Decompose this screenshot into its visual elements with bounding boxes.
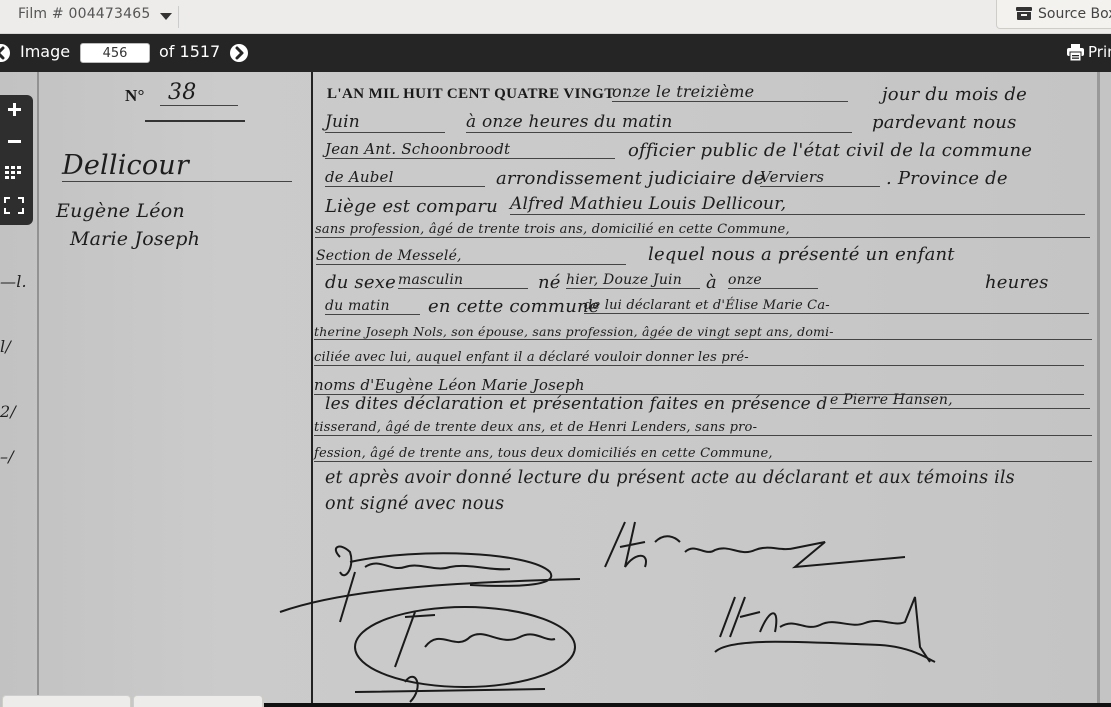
- printed-text: arrondissement judiciaire de: [496, 168, 765, 189]
- signature-schoonbroodt: [700, 577, 950, 677]
- birth-hour-text: onze: [728, 272, 818, 289]
- margin-rule-left: [37, 72, 39, 707]
- grid-icon: [0, 157, 33, 187]
- civil-record-page: —l. l/ 2/ –/ N° 38 Dellicour Eugène Léon…: [0, 72, 1111, 707]
- film-dropdown-caret-icon[interactable]: [160, 13, 172, 20]
- record-number-label: N°: [125, 86, 145, 106]
- declaration-text: ciliée avec lui, auquel enfant il a décl…: [314, 350, 1084, 366]
- month-text: Juin: [325, 112, 445, 133]
- printed-text: né: [538, 272, 561, 293]
- print-label: Print: [1088, 43, 1111, 61]
- printed-text: lequel nous a présenté un enfant: [648, 244, 955, 265]
- witness-residence: fession, âgé de trente ans, tous deux do…: [314, 446, 1092, 462]
- bottom-bar-edge: [264, 703, 1111, 707]
- arrondissement-name: Verviers: [760, 168, 880, 187]
- printed-text: les dites déclaration et présentation fa…: [325, 394, 828, 414]
- zoom-out-button[interactable]: [0, 127, 33, 157]
- sex-text: masculin: [398, 272, 528, 289]
- printed-text: jour du mois de: [882, 84, 1027, 105]
- next-image-button[interactable]: [230, 44, 248, 62]
- image-number-input[interactable]: [80, 43, 150, 63]
- signature-hansen: [345, 597, 605, 707]
- printed-text: ont signé avec nous: [325, 494, 504, 514]
- fullscreen-icon: [0, 191, 33, 221]
- printed-text: et après avoir donné lecture du présent …: [325, 468, 1015, 488]
- mother-details: therine Joseph Nols, son épouse, sans pr…: [314, 324, 1092, 340]
- bottom-panel-tab-2[interactable]: [133, 695, 263, 707]
- plus-icon: [0, 95, 33, 125]
- birth-date-text: hier, Douze Juin: [566, 272, 700, 289]
- print-button[interactable]: Print: [1067, 43, 1111, 61]
- source-box-button[interactable]: Source Box: [996, 0, 1111, 29]
- divider: [145, 120, 245, 122]
- grid-view-button[interactable]: [0, 157, 33, 187]
- prev-page-fragment: 2/: [0, 402, 16, 421]
- parents-text: de lui déclarant et d'Élise Marie Ca-: [584, 298, 1089, 314]
- zoom-controls: [0, 95, 33, 225]
- printed-heading: L'AN MIL HUIT CENT QUATRE VINGT: [327, 86, 615, 103]
- hour-text: à onze heures du matin: [466, 112, 852, 133]
- image-label: Image: [20, 42, 70, 61]
- margin-given-names-2: Marie Joseph: [70, 228, 200, 250]
- margin-surname: Dellicour: [62, 150, 292, 182]
- bottom-panel-tab-1[interactable]: [2, 695, 131, 707]
- printed-text: pardevant nous: [872, 112, 1017, 133]
- birth-time-text: du matin: [325, 298, 420, 315]
- prev-page-fragment: –/: [0, 447, 14, 466]
- officer-name: Jean Ant. Schoonbroodt: [325, 140, 615, 159]
- printer-icon: [1067, 44, 1084, 61]
- declarant-details: sans profession, âgé de trente trois ans…: [315, 222, 1090, 238]
- printed-text: Liège est comparu: [325, 196, 498, 217]
- page-edge-right: [1097, 72, 1100, 707]
- day-text: onze le treizième: [612, 82, 848, 102]
- image-total-label: of 1517: [159, 42, 220, 61]
- minus-icon: [0, 127, 33, 157]
- commune-name: de Aubel: [325, 168, 485, 187]
- printed-text: heures: [985, 272, 1049, 293]
- printed-text: à: [706, 272, 717, 293]
- source-box-label: Source Box: [1038, 6, 1111, 22]
- divider: [178, 6, 179, 28]
- zoom-in-button[interactable]: [0, 95, 33, 125]
- printed-text: officier public de l'état civil de la co…: [628, 140, 1032, 161]
- printed-text: . Province de: [886, 168, 1008, 189]
- fullscreen-button[interactable]: [0, 191, 33, 221]
- printed-text: en cette commune: [428, 296, 600, 317]
- section-name: Section de Messelé,: [316, 248, 626, 265]
- film-bar: Film # 004473465 Source Box: [0, 0, 1111, 34]
- archive-box-icon: [1016, 7, 1032, 20]
- prev-page-fragment: l/: [0, 337, 11, 356]
- printed-text: du sexe: [325, 272, 396, 293]
- prev-page-fragment: —l.: [0, 272, 27, 291]
- record-number: 38: [160, 80, 238, 106]
- document-image-viewer[interactable]: —l. l/ 2/ –/ N° 38 Dellicour Eugène Léon…: [0, 72, 1111, 707]
- chevron-right-icon: [230, 44, 248, 62]
- chevron-left-icon: [0, 44, 10, 62]
- film-number-label: Film # 004473465: [18, 6, 150, 22]
- witness-details: tisserand, âgé de trente deux ans, et de…: [314, 420, 1092, 436]
- image-nav-bar: Image of 1517 Print: [0, 34, 1111, 72]
- previous-image-button[interactable]: [0, 44, 10, 62]
- margin-given-names-1: Eugène Léon: [56, 200, 185, 222]
- signature-lenders: [595, 512, 925, 582]
- declarant-name: Alfred Mathieu Louis Dellicour,: [510, 194, 1085, 215]
- witness-1-name: e Pierre Hansen,: [830, 392, 1090, 409]
